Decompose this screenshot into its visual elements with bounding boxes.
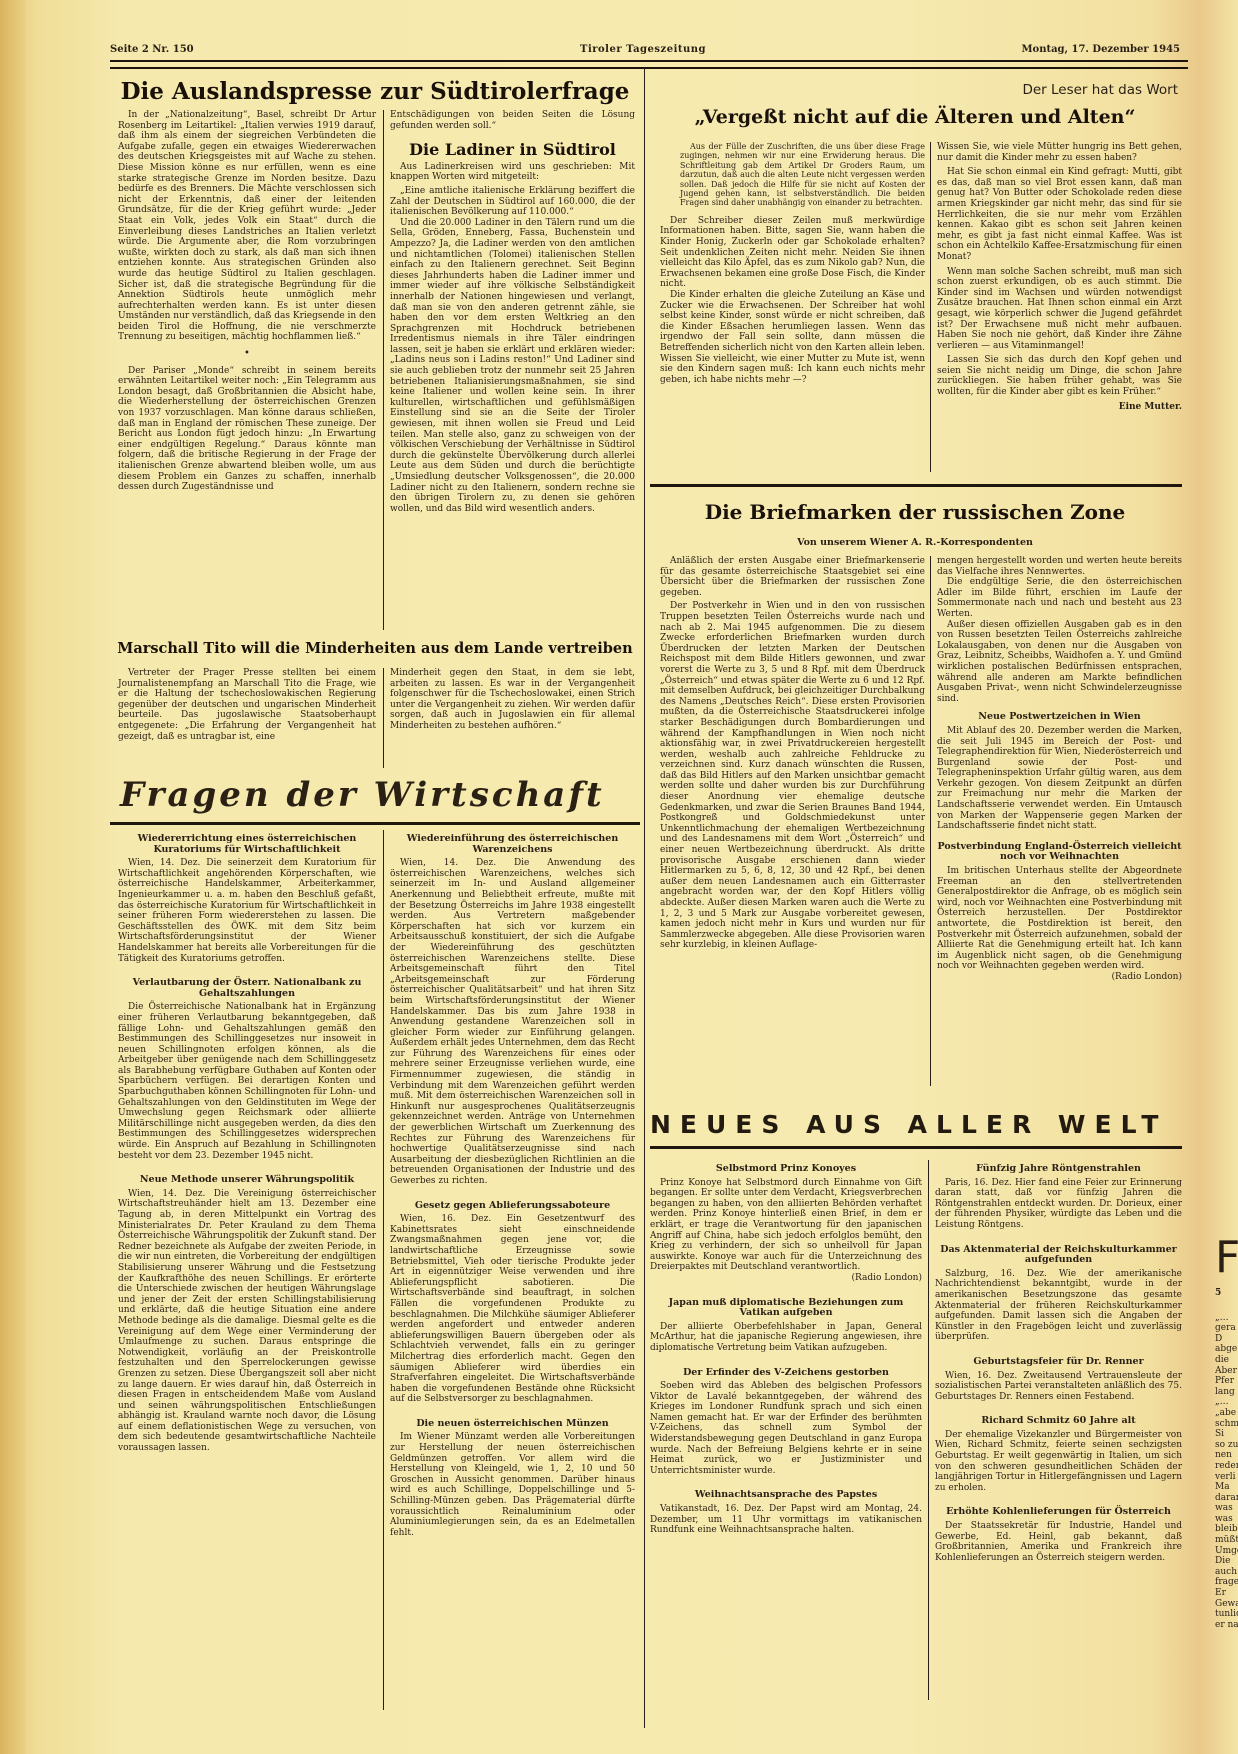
paragraph: Und die 20.000 Ladiner in den Tälern run… (390, 218, 635, 515)
briefmarken-byline: Von unserem Wiener A. R.-Korrespondenten (650, 537, 1180, 548)
article-body: Wien, 14. Dez. Die seinerzeit dem Kurato… (118, 858, 376, 964)
article-body: Wien, 14. Dez. Die Anwendung des österre… (390, 858, 635, 1186)
section-rule (650, 1146, 1182, 1149)
article-source: (Radio London) (650, 1273, 922, 1284)
article-body: Die Österreichische Nationalbank hat in … (118, 1002, 376, 1161)
ladiner-headline: Die Ladiner in Südtirol (390, 145, 635, 156)
paragraph: Der Pariser „Monde“ schreibt in seinem b… (118, 366, 376, 493)
article-title: Die neuen österreichischen Münzen (390, 1419, 635, 1430)
article-body: Vatikanstadt, 16. Dez. Der Papst wird am… (650, 1504, 922, 1536)
briefmarken-column-2: mengen hergestellt worden und werten heu… (937, 556, 1182, 983)
paragraph: Entschädigungen von beiden Seiten die Lö… (390, 110, 635, 131)
fragment-line: „… (1215, 1397, 1238, 1408)
fragment-number: 5 (1215, 1288, 1238, 1299)
column-rule (928, 1160, 929, 1700)
fragment-line: Ma (1215, 1482, 1238, 1493)
welt-column-left: Selbstmord Prinz Konoyes Prinz Konoye ha… (650, 1160, 922, 1536)
article-body: Prinz Konoye hat Selbstmord durch Einnah… (650, 1178, 922, 1273)
paragraph: mengen hergestellt worden und werten heu… (937, 556, 1182, 577)
article-title: Neue Methode unserer Währungspolitik (118, 1175, 376, 1186)
paragraph: Der Postverkehr in Wien und in den von r… (660, 601, 925, 951)
article-title: Das Aktenmaterial der Reichskulturkammer… (935, 1245, 1182, 1266)
article-body: Im britischen Unterhaus stellte der Abge… (937, 866, 1182, 972)
article-title: Fünfzig Jahre Röntgenstrahlen (935, 1164, 1182, 1175)
article-body: Mit Ablauf des 20. Dezember werden die M… (937, 726, 1182, 832)
suedtirol-headline: Die Auslandspresse zur Südtirolerfrage (110, 78, 640, 105)
column-rule (383, 110, 384, 630)
fragment-initial: F (1215, 1236, 1238, 1280)
separator-dot: • (118, 349, 376, 360)
fragment-line: D (1215, 1334, 1238, 1345)
article-body: Salzburg, 16. Dez. Wie der amerikanische… (935, 1269, 1182, 1343)
fragment-line: Si (1215, 1429, 1238, 1440)
briefmarken-column-1: Anläßlich der ersten Ausgabe einer Brief… (660, 556, 925, 951)
column-rule (930, 556, 931, 1086)
fragment-line: die (1215, 1355, 1238, 1366)
briefmarken-headline: Die Briefmarken der russischen Zone (650, 500, 1180, 524)
fragment-line: reden (1215, 1461, 1238, 1472)
letter-signature: Eine Mutter. (937, 402, 1182, 413)
leser-kicker: Der Leser hat das Wort (1022, 82, 1178, 98)
column-rule (383, 668, 384, 768)
article-title: Der Erfinder des V-Zeichens gestorben (650, 1368, 922, 1379)
column-rule (383, 830, 384, 1710)
issue-date: Montag, 17. Dezember 1945 (1021, 44, 1180, 55)
article-body: Der alliierte Oberbefehlshaber in Japan,… (650, 1322, 922, 1354)
paragraph: Der Schreiber dieser Zeilen muß merkwürd… (660, 216, 925, 290)
tito-column-1: Vertreter der Prager Presse stellten bei… (118, 668, 376, 742)
fragment-line: daran (1215, 1493, 1238, 1504)
article-title: Erhöhte Kohlenlieferungen für Österreich (935, 1507, 1182, 1518)
section-rule (650, 484, 1182, 487)
leser-column-2: Wissen Sie, wie viele Mütter hungrig ins… (937, 142, 1182, 412)
paragraph: Wissen Sie, wie viele Mütter hungrig ins… (937, 142, 1182, 163)
paragraph: Die Kinder erhalten die gleiche Zuteilun… (660, 290, 925, 385)
fragment-line: was (1215, 1514, 1238, 1525)
article-title: Wiedererrichtung eines österreichischen … (118, 834, 376, 855)
welt-column-right: Fünfzig Jahre Röntgenstrahlen Paris, 16.… (935, 1160, 1182, 1563)
page-number: Seite 2 Nr. 150 (110, 44, 194, 55)
article-title: Geburtstagsfeier für Dr. Renner (935, 1357, 1182, 1368)
wirtschaft-section-title: Fragen der Wirtschaft (120, 775, 640, 815)
page-column-rule (644, 68, 645, 1728)
column-rule (930, 142, 931, 472)
article-title: Selbstmord Prinz Konoyes (650, 1164, 922, 1175)
fragment-line: Die (1215, 1556, 1238, 1567)
fragment-line: was (1215, 1503, 1238, 1514)
article-title: Verlautbarung der Österr. Nationalbank z… (118, 978, 376, 999)
adjacent-page-fragment: F 5 „…geraDabgedieAberPferlang„…„abeschm… (1215, 1236, 1238, 1630)
paragraph: Vertreter der Prager Presse stellten bei… (118, 668, 376, 742)
article-title: Wiedereinführung des österreichischen Wa… (390, 834, 635, 855)
fragment-line: „abe (1215, 1408, 1238, 1419)
paragraph: Aus Ladinerkreisen wird uns geschrieben:… (390, 162, 635, 183)
article-source: (Radio London) (937, 972, 1182, 983)
fragment-line: Gewa (1215, 1599, 1238, 1610)
article-body: Im Wiener Münzamt werden alle Vorbereitu… (390, 1432, 635, 1538)
welt-section-title: NEUES AUS ALLER WELT (650, 1110, 1190, 1139)
suedtirol-column-2: Entschädigungen von beiden Seiten die Lö… (390, 110, 635, 514)
article-body: Der ehemalige Vizekanzler und Bürgermeis… (935, 1430, 1182, 1494)
fragment-line: Aber (1215, 1366, 1238, 1377)
fragment-line: tunlic (1215, 1609, 1238, 1620)
fragment-line: Pfer (1215, 1376, 1238, 1387)
fragment-line: Er (1215, 1588, 1238, 1599)
section-rule (110, 822, 640, 825)
article-body: Wien, 16. Dez. Zweitausend Vertrauensleu… (935, 1371, 1182, 1403)
suedtirol-column-1: In der „Nationalzeitung“, Basel, schreib… (118, 110, 376, 493)
fragment-line: gera (1215, 1323, 1238, 1334)
article-title: Japan muß diplomatische Beziehungen zum … (650, 1298, 922, 1319)
fragment-line: lang (1215, 1387, 1238, 1398)
article-title: Weihnachtsansprache des Papstes (650, 1490, 922, 1501)
paragraph: „Eine amtliche italienische Erklärung be… (390, 186, 635, 218)
fragment-line: schm (1215, 1419, 1238, 1430)
fragment-line: frage (1215, 1577, 1238, 1588)
paragraph: Wenn man solche Sachen schreibt, muß man… (937, 267, 1182, 352)
leser-intro: Aus der Fülle der Zuschriften, die uns ü… (680, 142, 925, 208)
article-body: Soeben wird das Ableben des belgischen P… (650, 1381, 922, 1476)
article-title: Postverbindung England-Österreich vielle… (937, 842, 1182, 863)
masthead-rule (110, 60, 1188, 69)
leser-column-1: Aus der Fülle der Zuschriften, die uns ü… (660, 142, 925, 385)
fragment-lines: „…geraDabgedieAberPferlang„…„abeschmSiso… (1215, 1313, 1238, 1631)
fragment-line: Umge (1215, 1546, 1238, 1557)
paragraph: Lassen Sie sich das durch den Kopf gehen… (937, 355, 1182, 397)
article-title: Richard Schmitz 60 Jahre alt (935, 1416, 1182, 1427)
page-binding-edge (0, 0, 26, 1754)
article-body: Wien, 14. Dez. Die Vereinigung österreic… (118, 1189, 376, 1454)
article-title: Gesetz gegen Ablieferungssaboteure (390, 1201, 635, 1212)
tito-headline: Marschall Tito will die Minderheiten aus… (110, 640, 640, 657)
article-body: Paris, 16. Dez. Hier fand eine Feier zur… (935, 1178, 1182, 1231)
fragment-line: nen (1215, 1450, 1238, 1461)
paragraph: Die endgültige Serie, die den österreich… (937, 577, 1182, 619)
article-body: Wien, 16. Dez. Ein Gesetzentwurf des Kab… (390, 1214, 635, 1405)
wirtschaft-column-left: Wiedererrichtung eines österreichischen … (118, 830, 376, 1454)
paragraph: Hat Sie schon einmal ein Kind gefragt: M… (937, 167, 1182, 262)
fragment-line: müßt (1215, 1535, 1238, 1546)
paragraph: Anläßlich der ersten Ausgabe einer Brief… (660, 556, 925, 598)
paragraph: Außer diesen offiziellen Ausgaben gab es… (937, 620, 1182, 705)
fragment-line: abge (1215, 1344, 1238, 1355)
fragment-line: so zu (1215, 1440, 1238, 1451)
newspaper-page: Seite 2 Nr. 150 Tiroler Tageszeitung Mon… (0, 0, 1238, 1754)
leser-headline: „Vergeßt nicht auf die Älteren und Alten… (650, 106, 1180, 128)
fragment-line: er na (1215, 1620, 1238, 1631)
tito-column-2: Minderheit gegen den Staat, in dem sie l… (390, 668, 635, 732)
article-body: Der Staatssekretär für Industrie, Handel… (935, 1521, 1182, 1563)
fragment-line: verli (1215, 1472, 1238, 1483)
fragment-line: bleib (1215, 1524, 1238, 1535)
paragraph: Minderheit gegen den Staat, in dem sie l… (390, 668, 635, 732)
fragment-line: auch (1215, 1567, 1238, 1578)
wirtschaft-column-right: Wiedereinführung des österreichischen Wa… (390, 830, 635, 1538)
fragment-line: „… (1215, 1313, 1238, 1324)
running-head: Seite 2 Nr. 150 Tiroler Tageszeitung Mon… (110, 40, 1180, 60)
paragraph: In der „Nationalzeitung“, Basel, schreib… (118, 110, 376, 343)
newspaper-name: Tiroler Tageszeitung (580, 44, 706, 55)
article-title: Neue Postwertzeichen in Wien (937, 712, 1182, 723)
